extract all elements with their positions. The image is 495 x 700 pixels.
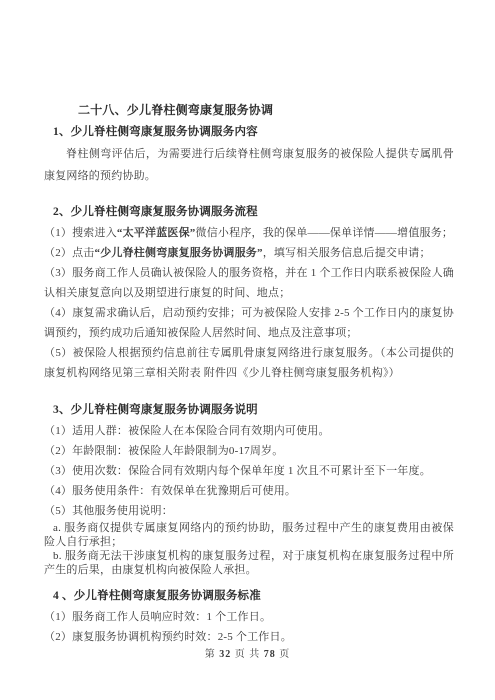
note-item-1: （1）适用人群：被保险人在本保险合同有效期内可使用。 (44, 421, 454, 441)
standard-item-2: （2）康复服务协调机构预约时效：2-5 个工作日。 (44, 627, 454, 647)
note-sub-b: b. 服务商无法干涉康复机构的康复服务过程，对于康复机构在康复服务过程中所产生的… (44, 549, 454, 577)
note-item-5: （5）其他服务使用说明： (44, 501, 454, 521)
page-footer: 第 32 页 共 78 页 (0, 645, 495, 660)
footer-label-suffix: 页 (276, 649, 291, 660)
chapter-title: 二十八、少儿脊柱侧弯康复服务协调 (78, 99, 454, 121)
flow-step-1: （1）搜索进入“太平洋蓝医保”微信小程序，我的保单——保单详情——增值服务； (44, 223, 454, 243)
standard-item-1: （1）服务商工作人员响应时效：1 个工作日。 (44, 607, 454, 627)
note-item-3: （3）使用次数：保险合同有效期内每个保单年度 1 次且不可累计至下一年度。 (44, 461, 454, 481)
flow-step-2: （2）点击“少儿脊柱侧弯康复服务协调服务”，填写相关服务信息后提交申请； (44, 243, 454, 263)
note-item-4: （4）服务使用条件：有效保单在犹豫期后可使用。 (44, 481, 454, 501)
flow-step-2-post: ，填写相关服务信息后提交申请； (263, 247, 431, 259)
note-item-2: （2）年龄限制：被保险人年龄限制为0-17周岁。 (44, 441, 454, 461)
flow-step-2-pre: （2）点击 (44, 247, 95, 259)
section2-heading: 2、少儿脊柱侧弯康复服务协调服务流程 (53, 201, 454, 223)
section3-heading: 3、少儿脊柱侧弯康复服务协调服务说明 (53, 399, 454, 421)
total-pages: 78 (264, 649, 276, 660)
note-sub-a: a. 服务商仅提供专属康复网络内的预约协助，服务过程中产生的康复费用由被保险人自… (44, 521, 454, 549)
footer-label-prefix: 第 (205, 649, 220, 660)
flow-step-1-pre: （1）搜索进入 (44, 227, 117, 239)
page-number: 32 (219, 649, 231, 660)
flow-step-1-post: 微信小程序，我的保单——保单详情——增值服务； (196, 227, 454, 239)
footer-label-mid: 页 共 (231, 649, 264, 660)
document-page: 二十八、少儿脊柱侧弯康复服务协调 1、少儿脊柱侧弯康复服务协调服务内容 脊柱侧弯… (0, 0, 495, 700)
flow-step-4: （4）康复需求确认后，启动预约安排；可为被保险人安排 2-5 个工作日内的康复协… (44, 303, 454, 343)
section1-heading: 1、少儿脊柱侧弯康复服务协调服务内容 (53, 121, 454, 143)
document-content: 二十八、少儿脊柱侧弯康复服务协调 1、少儿脊柱侧弯康复服务协调服务内容 脊柱侧弯… (44, 99, 454, 647)
app-name-bold: “太平洋蓝医保” (117, 227, 196, 239)
service-name-bold: “少儿脊柱侧弯康复服务协调服务” (95, 247, 263, 259)
flow-step-5: （5）被保险人根据预约信息前往专属肌骨康复网络进行康复服务。（本公司提供的康复机… (44, 343, 454, 383)
section1-paragraph: 脊柱侧弯评估后，为需要进行后续脊柱侧弯康复服务的被保险人提供专属肌骨康复网络的预… (44, 143, 454, 187)
flow-step-3: （3）服务商工作人员确认被保险人的服务资格，并在 1 个工作日内联系被保险人确认… (44, 263, 454, 303)
section4-heading: 4 、少儿脊柱侧弯康复服务协调服务标准 (53, 585, 454, 607)
